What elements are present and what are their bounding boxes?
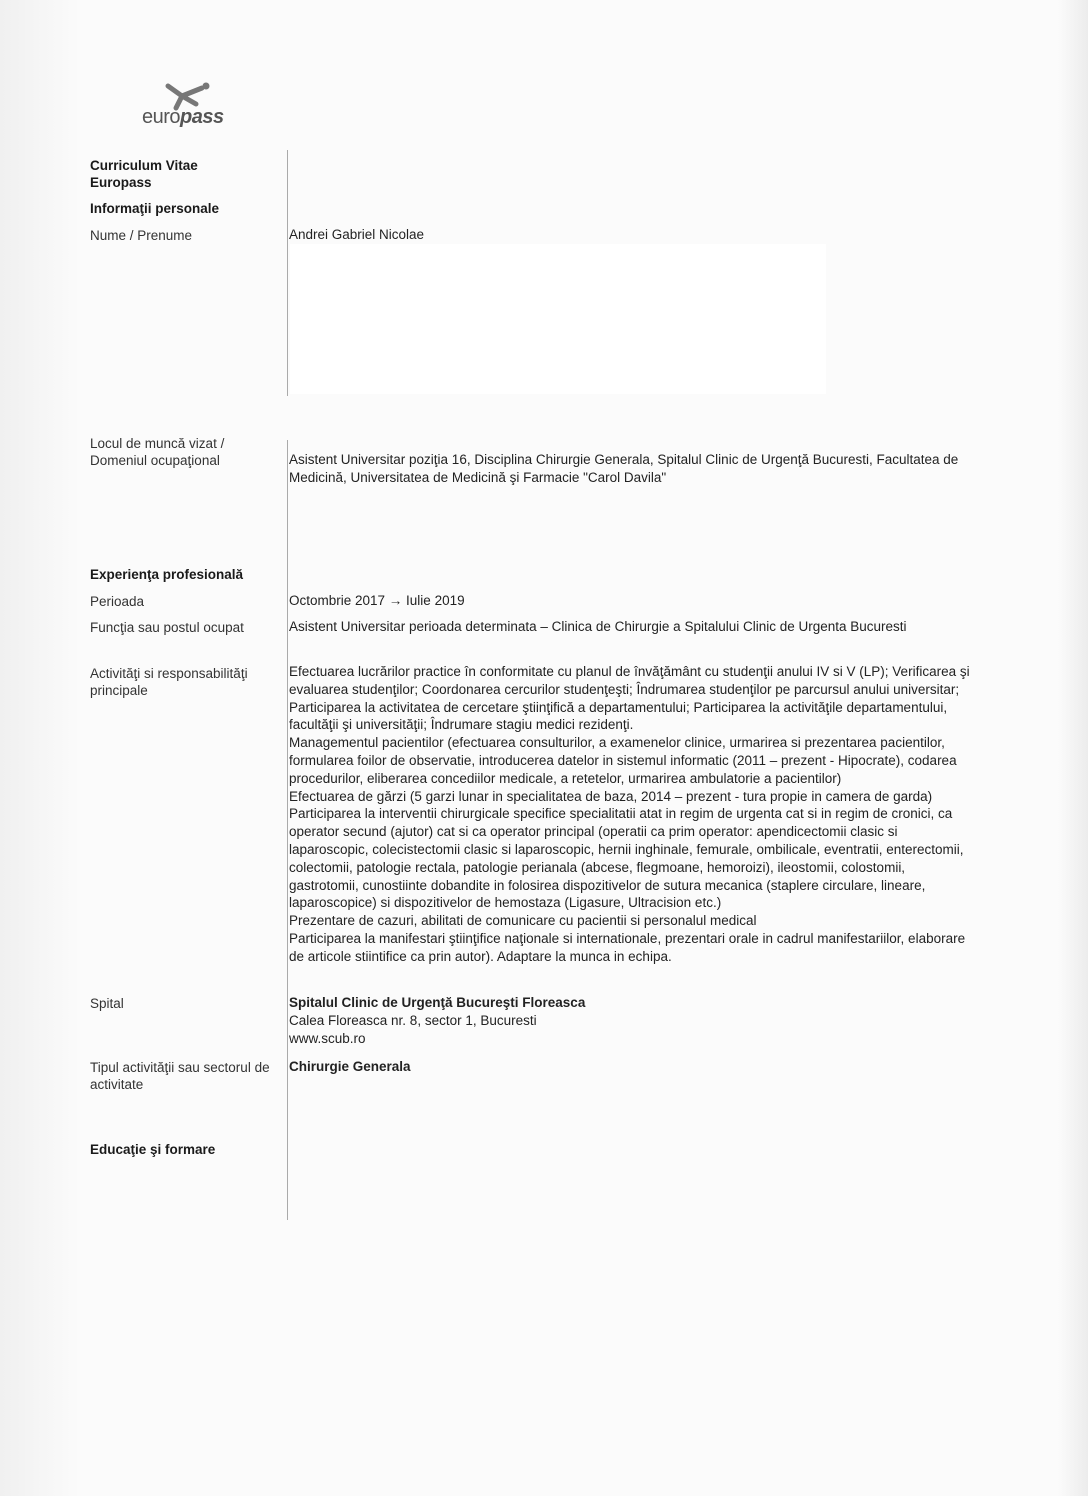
target-job-label-line2: Domeniul ocupaţional — [90, 453, 220, 469]
employer-address: Calea Floreasca nr. 8, sector 1, Bucures… — [289, 1012, 537, 1030]
activity-line: Managementul pacientilor (efectuarea con… — [289, 734, 989, 752]
activity-line: laparoscopic, colecistectomii clasic si … — [289, 841, 989, 859]
activity-line: laparoscopice) si dispozitivelor de hemo… — [289, 894, 989, 912]
activity-line: Efectuarea de gărzi (5 garzi lunar in sp… — [289, 788, 989, 806]
target-job-value-line1: Asistent Universitar poziţia 16, Discipl… — [289, 451, 958, 469]
target-job-label-line1: Locul de muncă vizat / — [90, 436, 224, 452]
document-title-line2: Europass — [90, 175, 152, 191]
period-value: Octombrie 2017 → Iulie 2019 — [289, 592, 465, 610]
activity-line: Prezentare de cazuri, abilitati de comun… — [289, 912, 989, 930]
name-label: Nume / Prenume — [90, 228, 192, 244]
activities-list: Efectuarea lucrărilor practice în confor… — [289, 663, 989, 966]
activity-line: gastrotomii, cunostiinte dobandite in fo… — [289, 877, 989, 895]
scan-shadow-left — [0, 0, 80, 1496]
activities-label-line1: Activităţi si responsabilităţi — [90, 666, 248, 682]
employer-name: Spitalul Clinic de Urgenţă Bucureşti Flo… — [289, 994, 585, 1012]
scan-shadow-right — [1058, 0, 1088, 1496]
activity-line: procedurilor, eliberarea concediilor med… — [289, 770, 989, 788]
sector-label-line1: Tipul activităţii sau sectorul de — [90, 1060, 270, 1076]
position-label: Funcţia sau postul ocupat — [90, 620, 244, 636]
activity-line: evaluarea studenţilor; Coordonarea cercu… — [289, 681, 989, 699]
document-title-line1: Curriculum Vitae — [90, 158, 198, 174]
target-job-value-line2: Medicină, Universitatea de Medicină şi F… — [289, 469, 666, 487]
activity-line: Efectuarea lucrărilor practice în confor… — [289, 663, 989, 681]
section-title-personal: Informaţii personale — [90, 201, 219, 217]
europass-wordmark: europass — [142, 106, 224, 129]
section-title-education: Educaţie şi formare — [90, 1142, 215, 1158]
employer-label: Spital — [90, 996, 124, 1012]
activity-line: Participarea la activitatea de cercetare… — [289, 699, 989, 717]
europass-logo: europass — [142, 82, 252, 134]
activity-line: facultăţii şi universităţii; Îndrumare s… — [289, 716, 989, 734]
activity-line: colectomii, patologie rectala, patologie… — [289, 859, 989, 877]
employer-website: www.scub.ro — [289, 1030, 366, 1048]
activity-line: formularea foilor de observatie, introdu… — [289, 752, 989, 770]
activity-line: operator secund (ajutor) cat si ca opera… — [289, 823, 989, 841]
activity-line: Participarea la interventii chirurgicale… — [289, 805, 989, 823]
sector-label-line2: activitate — [90, 1077, 143, 1093]
redacted-personal-details — [290, 244, 826, 394]
column-divider-top — [287, 150, 288, 396]
activity-line: Participarea la manifestari ştiinţifice … — [289, 930, 989, 948]
name-value: Andrei Gabriel Nicolae — [289, 226, 424, 244]
activity-line: de articole stiintifice ca prin autor). … — [289, 948, 989, 966]
period-label: Perioada — [90, 594, 144, 610]
activities-label-line2: principale — [90, 683, 148, 699]
position-value: Asistent Universitar perioada determinat… — [289, 618, 907, 636]
section-title-experience: Experienţa profesională — [90, 567, 243, 583]
sector-value: Chirurgie Generala — [289, 1058, 411, 1076]
column-divider-main — [287, 440, 288, 1220]
